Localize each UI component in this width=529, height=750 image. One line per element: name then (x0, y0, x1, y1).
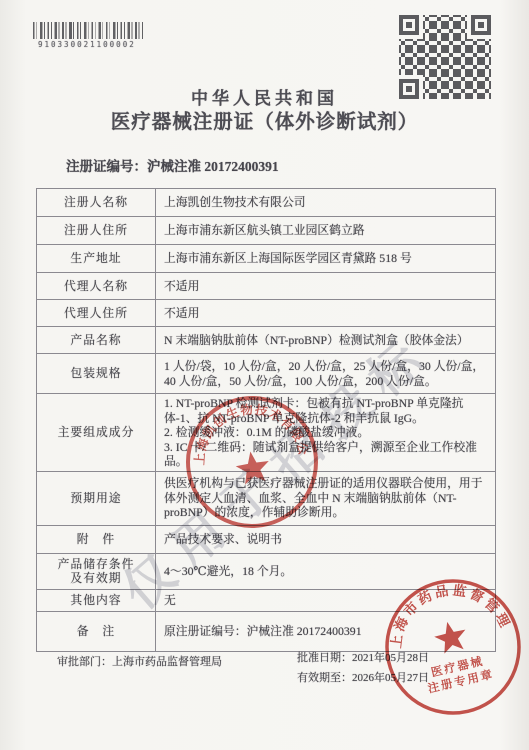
table-row: 主要组成成分1. NT-proBNP 检测试剂卡：包被有抗 NT-proBNP … (37, 394, 496, 472)
field-label: 备 注 (37, 611, 156, 651)
field-label: 主要组成成分 (37, 394, 156, 472)
field-value: 上海凯创生物技术有限公司 (156, 189, 496, 217)
certificate-title-type: 医疗器械注册证（体外诊断试剂） (0, 106, 529, 134)
barcode (33, 22, 143, 39)
registration-table: 注册人名称上海凯创生物技术有限公司 注册人住所上海市浦东新区航头镇工业园区鹤立路… (36, 188, 496, 652)
valid-until-date: 有效期至：2026年05月27日 (297, 669, 429, 685)
field-value: 供医疗机构与已获医疗器械注册证的适用仪器联合使用，用于体外测定人血清、血浆、全血… (156, 471, 496, 525)
field-value: 上海市浦东新区上海国际医学园区青黛路 518 号 (156, 245, 496, 273)
certificate-scan: 910330021100002 (0, 0, 529, 750)
table-row: 附 件产品技术要求、说明书 (37, 525, 496, 553)
field-label: 代理人名称 (37, 273, 156, 300)
field-label: 产品名称 (37, 327, 156, 354)
field-label: 产品储存条件 及有效期 (37, 553, 156, 589)
field-value: 不适用 (156, 273, 496, 300)
table-row: 预期用途供医疗机构与已获医疗器械注册证的适用仪器联合使用，用于体外测定人血清、血… (37, 471, 496, 525)
approval-date: 批准日期：2021年05月28日 (297, 649, 429, 665)
field-label: 包装规格 (37, 354, 156, 394)
table-row: 注册人住所上海市浦东新区航头镇工业园区鹤立路 (37, 217, 496, 245)
authority-seal-caption-line2: 注册专用章 (426, 667, 495, 696)
table-row: 产品储存条件 及有效期4～30℃避光，18 个月。 (37, 553, 496, 589)
field-value: 原注册证编号：沪械注准 20172400391 (156, 611, 496, 651)
field-value: 1. NT-proBNP 检测试剂卡：包被有抗 NT-proBNP 单克隆抗体-… (156, 394, 496, 472)
table-row: 备 注原注册证编号：沪械注准 20172400391 (37, 611, 496, 651)
table-row: 代理人住所不适用 (37, 300, 496, 327)
table-row: 注册人名称上海凯创生物技术有限公司 (37, 189, 496, 217)
barcode-number: 910330021100002 (38, 40, 136, 49)
field-value: 4～30℃避光，18 个月。 (156, 553, 496, 589)
table-row: 其他内容无 (37, 589, 496, 611)
field-label: 预期用途 (37, 471, 156, 525)
authority-seal-caption-line1: 医疗器械 (430, 654, 486, 680)
field-value: 上海市浦东新区航头镇工业园区鹤立路 (156, 217, 496, 245)
field-label: 其他内容 (37, 589, 156, 611)
field-value: 无 (156, 589, 496, 611)
field-label: 注册人住所 (37, 217, 156, 245)
field-value: N 末端脑钠肽前体（NT-proBNP）检测试剂盒（胶体金法） (156, 327, 496, 354)
approval-department: 审批部门：上海市药品监督管理局 (57, 653, 222, 669)
table-row: 生产地址上海市浦东新区上海国际医学园区青黛路 518 号 (37, 245, 496, 273)
field-label: 代理人住所 (37, 300, 156, 327)
field-label: 生产地址 (37, 245, 156, 273)
field-label: 附 件 (37, 525, 156, 553)
field-value: 产品技术要求、说明书 (156, 525, 496, 553)
field-label: 注册人名称 (37, 189, 156, 217)
table-row: 产品名称N 末端脑钠肽前体（NT-proBNP）检测试剂盒（胶体金法） (37, 327, 496, 354)
field-value: 1 人份/袋，10 人份/盒，20 人份/盒，25 人份/盒，30 人份/盒，4… (156, 354, 496, 394)
table-row: 代理人名称不适用 (37, 273, 496, 300)
table-row: 包装规格1 人份/袋，10 人份/盒，20 人份/盒，25 人份/盒，30 人份… (37, 354, 496, 394)
field-value: 不适用 (156, 300, 496, 327)
registration-number-line: 注册证编号：沪械注准 20172400391 (66, 155, 279, 175)
